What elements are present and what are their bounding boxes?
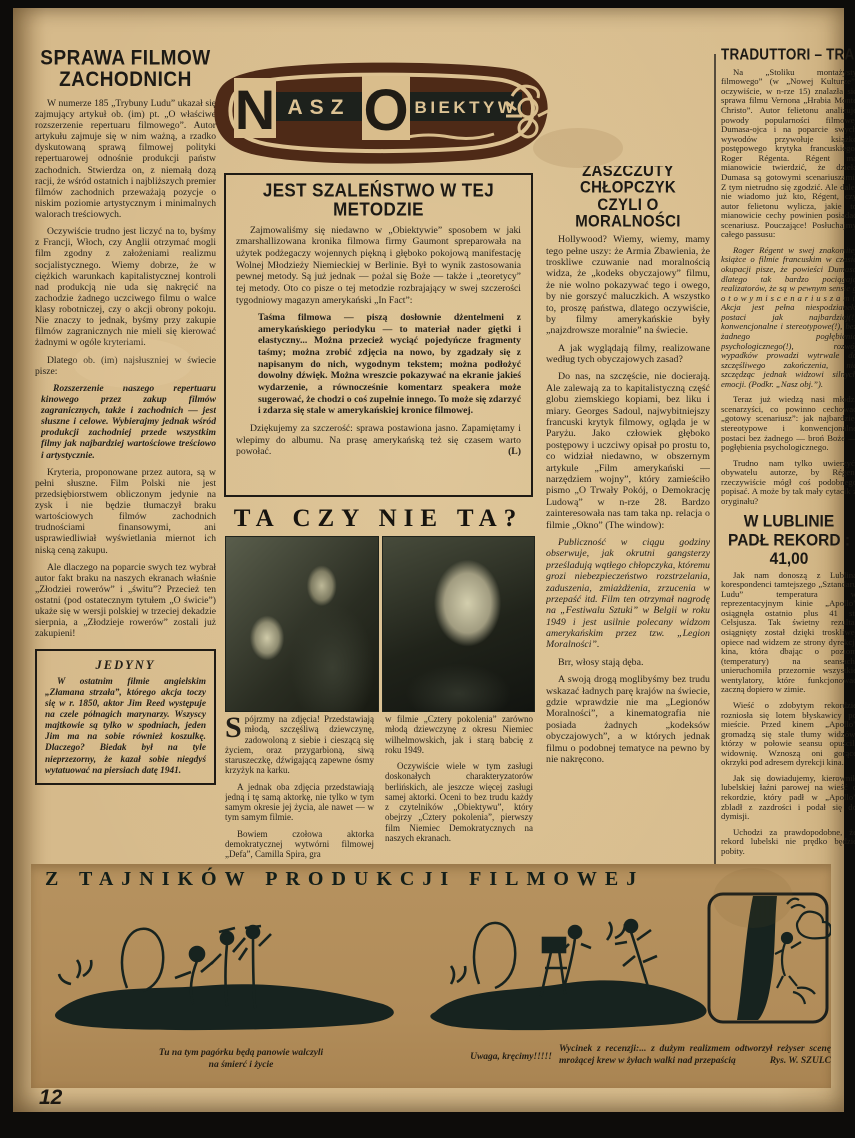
article-szalenstwo: JEST SZALEŃSTWO W TEJ METODZIE Zajmowali… — [224, 173, 533, 497]
nasz-obiektyw-logo: N ASZ O BIEKTYW — [206, 56, 558, 168]
article-title: JEST SZALEŃSTWO W TEJ METODZIE — [236, 181, 521, 219]
author-initial: (L) — [494, 446, 521, 458]
paragraph: Bowiem czołowa aktorka demokratycznej wy… — [225, 829, 374, 860]
logo-word-asz: ASZ — [288, 96, 351, 119]
caption-line1: Tu na tym pagórku będą panowie walczyli — [101, 1048, 381, 1060]
paragraph: Brr, włosy stają dęba. — [546, 657, 710, 668]
article-title: SPRAWA FILMÓW ZACHODNICH — [35, 50, 216, 91]
article-sprawa-filmow: SPRAWA FILMÓW ZACHODNICH W numerze 185 „… — [35, 50, 216, 785]
paragraph: A jednak oba zdjęcia przedstawiają jedną… — [225, 782, 374, 823]
article-title-ta-czy-nie-ta: TA CZY NIE TA? — [224, 505, 533, 533]
title-line2: CZYLI O MORALNOŚCI — [546, 197, 710, 231]
logo-letter-o: O — [363, 78, 408, 143]
paragraph-text: pójrzmy na zdjęcia! Przedstawiają młodą,… — [225, 714, 374, 775]
paragraph: Spójrzmy na zdjęcia! Przedstawiają młodą… — [225, 714, 374, 776]
caption-left: Tu na tym pagórku będą panowie walczyli … — [101, 1048, 381, 1072]
title-line1: ZASZCZUTY CHŁOPCZYK — [546, 166, 710, 197]
paragraph: Hollywood? Wiemy, wiemy, mamy tego pełne… — [546, 234, 710, 337]
cartoon-panel-cliff — [709, 894, 831, 1022]
logo-letter-n: N — [235, 78, 275, 141]
strip-title: Z TAJNIKÓW PRODUKCJI FILMOWEJ — [45, 868, 644, 891]
paragraph-text: Dziękujemy za szczerość: sprawa postawio… — [236, 423, 521, 457]
drop-cap: S — [225, 715, 242, 741]
caption-artist-signature: Rys. W. SZULC — [770, 1056, 831, 1068]
article-traduttori: TRADUTTORI – TRADITORI Na „Stoliku monta… — [721, 48, 855, 862]
column-divider — [714, 54, 716, 864]
logo-word-biektyw: BIEKTYW — [415, 98, 518, 117]
article-zaszczuty-chlopczyk: ZASZCZUTY CHŁOPCZYK CZYLI O MORALNOŚCI H… — [546, 166, 710, 771]
article-column-right: w filmie „Cztery pokolenia” zarówno młod… — [385, 714, 533, 849]
page-number: 12 — [39, 1086, 62, 1110]
paragraph: Zajmowaliśmy się niedawno w „Obiektywie”… — [236, 225, 521, 306]
cartoon-panel-hill-left — [55, 926, 394, 1030]
quote-paragraph: Publiczność w ciągu godziny obserwuje, j… — [546, 537, 710, 651]
paragraph: Oczywiście trudno jest liczyć na to, byś… — [35, 226, 216, 348]
paragraph: Dziękujemy za szczerość: sprawa postawio… — [236, 423, 521, 458]
jedyny-box: JEDYNY W ostatnim filmie angielskim „Zła… — [35, 649, 216, 785]
article-title-w-lublinie: W LUBLINIE PADŁ REKORD : 41,00 — [721, 512, 855, 568]
photo-young-actress — [225, 536, 379, 712]
paragraph: Uchodzi za prawdopodobne, że rekord lube… — [721, 828, 855, 857]
box-title: JEDYNY — [45, 658, 206, 673]
paragraph: Teraz już wiedzą nasi młodzi scenarzyści… — [721, 395, 855, 452]
magazine-page: SPRAWA FILMÓW ZACHODNICH W numerze 185 „… — [13, 8, 844, 1112]
quote-paragraph: Roger Régent w swej znakomitej książce o… — [721, 246, 855, 389]
article-title: TRADUTTORI – TRADITORI — [721, 48, 855, 63]
paragraph: Do nas, na szczęście, nie docierają. Ale… — [546, 371, 710, 530]
article-column-left: Spójrzmy na zdjęcia! Przedstawiają młodą… — [225, 714, 374, 865]
paragraph: w filmie „Cztery pokolenia” zarówno młod… — [385, 714, 533, 755]
title-line1: W LUBLINIE — [721, 512, 855, 531]
paragraph: Oczywiście wiele w tym zasługi doskonały… — [385, 761, 533, 843]
paragraph: Trudno nam tylko uwierzyć, obywatelu aut… — [721, 459, 855, 507]
paragraph: Dlatego ob. (im) najsłuszniej w świecie … — [35, 355, 216, 377]
cartoon-strip: Z TAJNIKÓW PRODUKCJI FILMOWEJ — [31, 864, 831, 1088]
paragraph: Ale dlaczego na poparcie swych tez wybra… — [35, 562, 216, 640]
article-title: ZASZCZUTY CHŁOPCZYK CZYLI O MORALNOŚCI — [546, 166, 710, 230]
paragraph: W numerze 185 „Trybuny Ludu” ukazał się … — [35, 98, 216, 220]
caption-right: Wycinek z recenzji:... z dużym realizmem… — [559, 1044, 831, 1068]
paragraph: Kryteria, proponowane przez autora, są w… — [35, 467, 216, 556]
paragraph: A jak wyglądają filmy, realizowane wedłu… — [546, 343, 710, 366]
paragraph: Na „Stoliku montażysty filmowego” (w „No… — [721, 68, 855, 240]
caption-line2: na śmierć i życie — [101, 1060, 381, 1072]
paragraph: Wieść o zdobytym rekordzie rozniosła się… — [721, 701, 855, 768]
paragraph: Jak nam donoszą z Lublina korespondenci … — [721, 571, 855, 695]
photo-old-actress — [382, 536, 535, 712]
quote-paragraph: Rozszerzenie naszego repertuaru kinowego… — [41, 383, 216, 461]
cartoon-drawing — [31, 892, 831, 1044]
paragraph: A swoją drogą moglibyśmy bez trudu wskaz… — [546, 674, 710, 765]
box-body: W ostatnim filmie angielskim „Złamana st… — [45, 677, 206, 777]
title-line2: PADŁ REKORD : 41,00 — [721, 531, 855, 569]
quote-paragraph: Taśma filmowa — piszą dosłownie dżentelm… — [258, 312, 521, 417]
cartoon-panel-hill-right — [430, 920, 706, 1030]
paragraph: Jak się dowiadujemy, kierownik lubelskie… — [721, 774, 855, 822]
